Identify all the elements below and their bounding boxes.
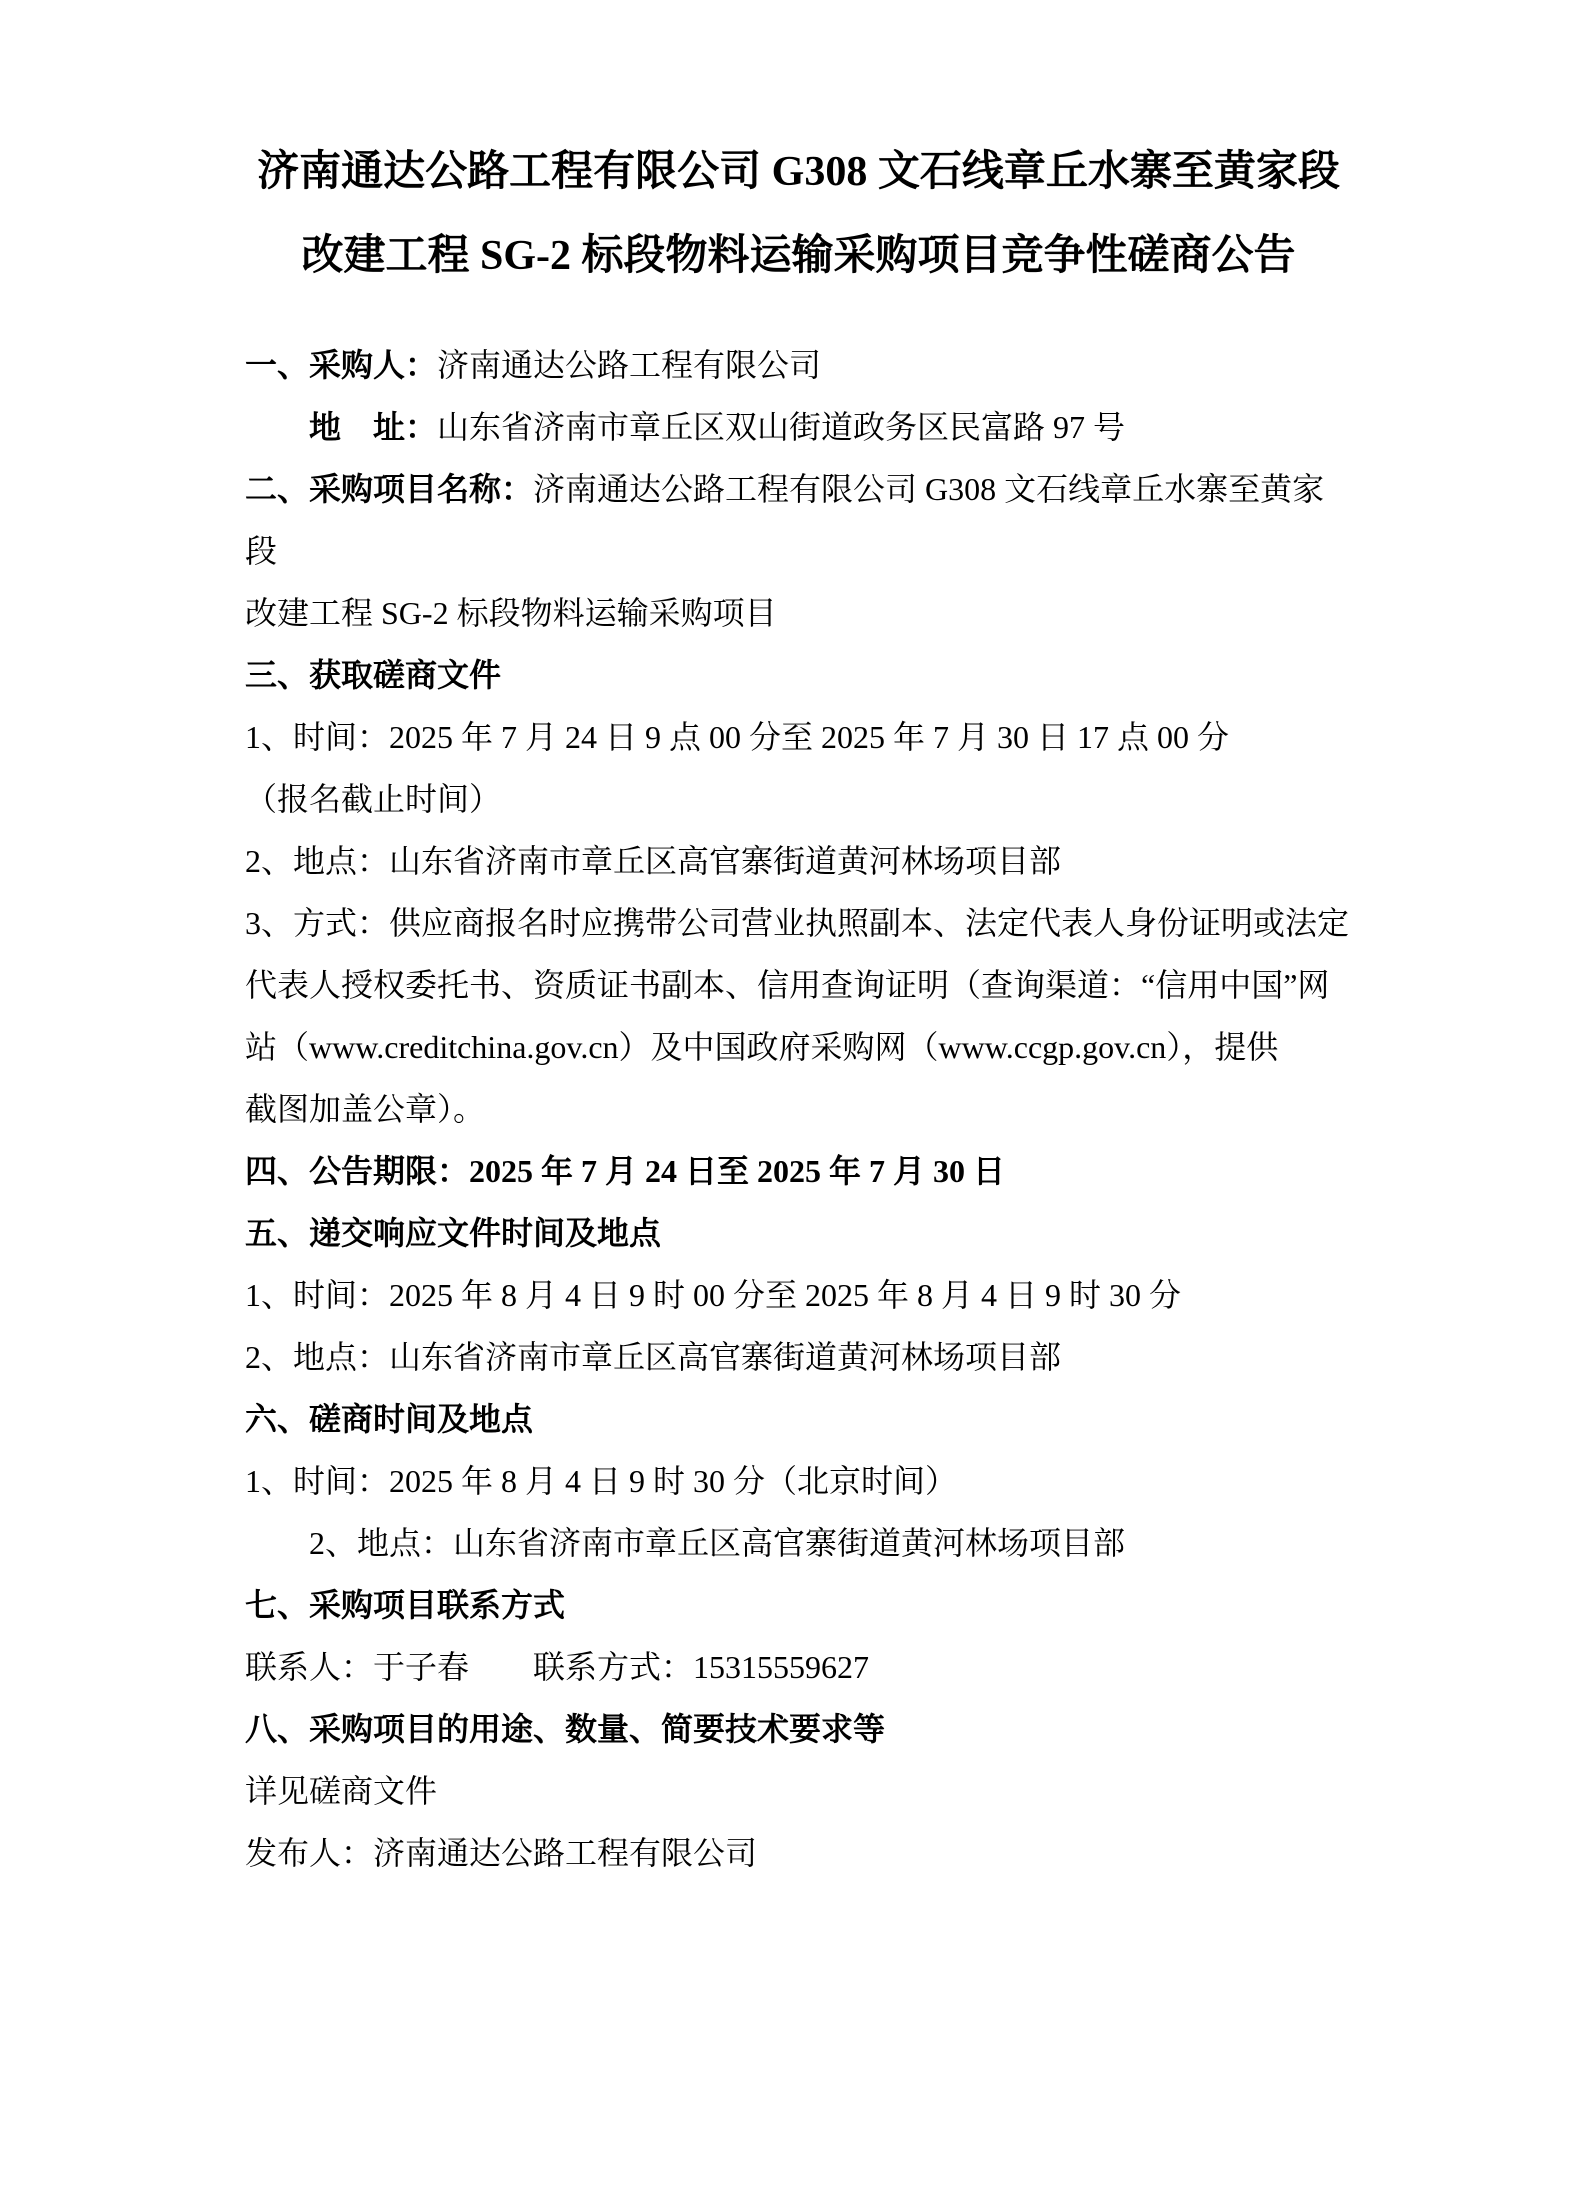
body-text: 1、时间：2025 年 8 月 4 日 9 时 30 分（北京时间） bbox=[245, 1463, 957, 1499]
label-text: 地 址： bbox=[309, 409, 437, 445]
body-text: （报名截止时间） bbox=[245, 781, 501, 817]
body-text: 联系人：于子春 联系方式：15315559627 bbox=[245, 1649, 869, 1685]
body-text: 山东省济南市章丘区双山街道政务区民富路 97 号 bbox=[437, 409, 1125, 445]
paragraph-line: 改建工程 SG-2 标段物料运输采购项目 bbox=[245, 582, 1352, 644]
paragraph-line: 2、地点：山东省济南市章丘区高官寨街道黄河林场项目部 bbox=[245, 1512, 1352, 1574]
label-text: 五、递交响应文件时间及地点 bbox=[245, 1215, 661, 1251]
paragraph-line: 发布人：济南通达公路工程有限公司 bbox=[245, 1822, 1352, 1884]
paragraph-line: 3、方式：供应商报名时应携带公司营业执照副本、法定代表人身份证明或法定 bbox=[245, 892, 1352, 954]
paragraph-line: 八、采购项目的用途、数量、简要技术要求等 bbox=[245, 1698, 1352, 1760]
body-text: 详见磋商文件 bbox=[245, 1773, 437, 1809]
label-text: 三、获取磋商文件 bbox=[245, 657, 501, 693]
paragraph-line: 截图加盖公章）。 bbox=[245, 1078, 1352, 1140]
paragraph-line: 详见磋商文件 bbox=[245, 1760, 1352, 1822]
paragraph-line: 1、时间：2025 年 7 月 24 日 9 点 00 分至 2025 年 7 … bbox=[245, 706, 1352, 768]
paragraph-line: 站（www.creditchina.gov.cn）及中国政府采购网（www.cc… bbox=[245, 1016, 1352, 1078]
paragraph-line: 代表人授权委托书、资质证书副本、信用查询证明（查询渠道：“信用中国”网 bbox=[245, 954, 1352, 1016]
paragraph-line: 七、采购项目联系方式 bbox=[245, 1574, 1352, 1636]
body-text: 截图加盖公章）。 bbox=[245, 1091, 485, 1127]
paragraph-line: 六、磋商时间及地点 bbox=[245, 1388, 1352, 1450]
body-text: 2、地点：山东省济南市章丘区高官寨街道黄河林场项目部 bbox=[245, 843, 1061, 879]
document-title-line-2: 改建工程 SG-2 标段物料运输采购项目竞争性磋商公告 bbox=[175, 214, 1422, 298]
body-text: 站（www.creditchina.gov.cn）及中国政府采购网（www.cc… bbox=[245, 1029, 1278, 1065]
paragraph-line: 联系人：于子春 联系方式：15315559627 bbox=[245, 1636, 1352, 1698]
body-text: 改建工程 SG-2 标段物料运输采购项目 bbox=[245, 595, 777, 631]
label-text: 二、采购项目名称： bbox=[245, 471, 533, 507]
paragraph-line: 二、采购项目名称：济南通达公路工程有限公司 G308 文石线章丘水寨至黄家段 bbox=[245, 458, 1352, 582]
paragraph-line: 四、公告期限：2025 年 7 月 24 日至 2025 年 7 月 30 日 bbox=[245, 1140, 1352, 1202]
paragraph-line: 1、时间：2025 年 8 月 4 日 9 时 30 分（北京时间） bbox=[245, 1450, 1352, 1512]
body-text: 3、方式：供应商报名时应携带公司营业执照副本、法定代表人身份证明或法定 bbox=[245, 905, 1349, 941]
paragraph-line: （报名截止时间） bbox=[245, 768, 1352, 830]
document-title: 济南通达公路工程有限公司 G308 文石线章丘水寨至黄家段 改建工程 SG-2 … bbox=[175, 130, 1422, 298]
body-text: 代表人授权委托书、资质证书副本、信用查询证明（查询渠道：“信用中国”网 bbox=[245, 967, 1329, 1003]
paragraph-line: 1、时间：2025 年 8 月 4 日 9 时 00 分至 2025 年 8 月… bbox=[245, 1264, 1352, 1326]
label-text: 八、采购项目的用途、数量、简要技术要求等 bbox=[245, 1711, 885, 1747]
label-text: 七、采购项目联系方式 bbox=[245, 1587, 565, 1623]
body-text: 2、地点：山东省济南市章丘区高官寨街道黄河林场项目部 bbox=[245, 1339, 1061, 1375]
body-text: 济南通达公路工程有限公司 bbox=[437, 347, 821, 383]
paragraph-line: 一、采购人：济南通达公路工程有限公司 bbox=[245, 334, 1352, 396]
body-text: 发布人：济南通达公路工程有限公司 bbox=[245, 1835, 757, 1871]
document-body: 一、采购人：济南通达公路工程有限公司地 址：山东省济南市章丘区双山街道政务区民富… bbox=[245, 334, 1352, 1884]
label-text: 四、公告期限：2025 年 7 月 24 日至 2025 年 7 月 30 日 bbox=[245, 1153, 1005, 1189]
paragraph-line: 2、地点：山东省济南市章丘区高官寨街道黄河林场项目部 bbox=[245, 830, 1352, 892]
body-text: 2、地点：山东省济南市章丘区高官寨街道黄河林场项目部 bbox=[309, 1525, 1125, 1561]
label-text: 一、采购人： bbox=[245, 347, 437, 383]
document-title-line-1: 济南通达公路工程有限公司 G308 文石线章丘水寨至黄家段 bbox=[175, 130, 1422, 214]
paragraph-line: 地 址：山东省济南市章丘区双山街道政务区民富路 97 号 bbox=[245, 396, 1352, 458]
paragraph-line: 五、递交响应文件时间及地点 bbox=[245, 1202, 1352, 1264]
body-text: 1、时间：2025 年 8 月 4 日 9 时 00 分至 2025 年 8 月… bbox=[245, 1277, 1181, 1313]
paragraph-line: 2、地点：山东省济南市章丘区高官寨街道黄河林场项目部 bbox=[245, 1326, 1352, 1388]
document-page: 济南通达公路工程有限公司 G308 文石线章丘水寨至黄家段 改建工程 SG-2 … bbox=[0, 0, 1587, 2195]
paragraph-line: 三、获取磋商文件 bbox=[245, 644, 1352, 706]
label-text: 六、磋商时间及地点 bbox=[245, 1401, 533, 1437]
body-text: 1、时间：2025 年 7 月 24 日 9 点 00 分至 2025 年 7 … bbox=[245, 719, 1229, 755]
